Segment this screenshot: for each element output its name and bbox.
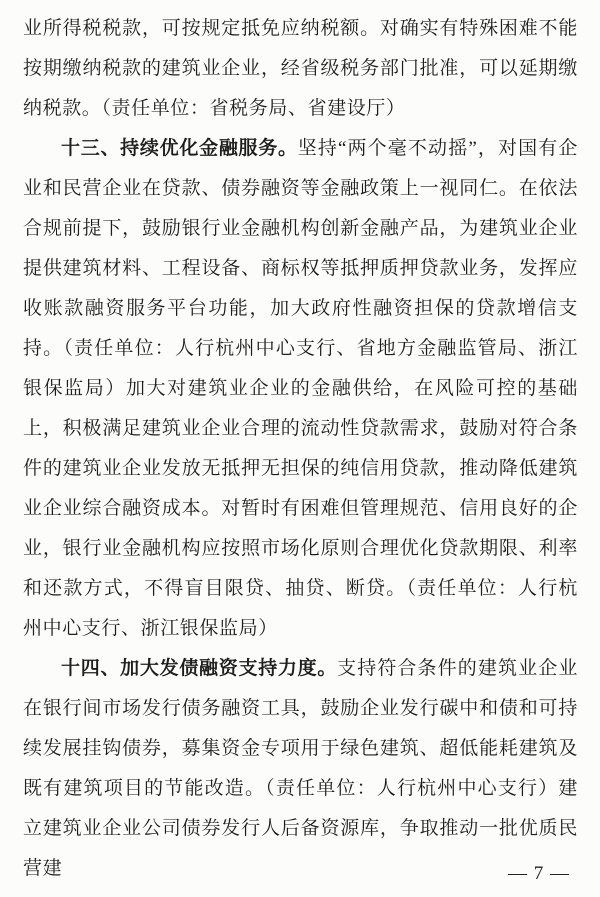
section-13-heading: 十三、持续优化金融服务。 — [61, 138, 298, 159]
paragraph-section-14: 十四、加大发债融资支持力度。支持符合条件的建筑业企业在银行间市场发行债务融资工具… — [23, 649, 578, 889]
paragraph-text: 支持符合条件的建筑业企业在银行间市场发行债务融资工具，鼓励企业发行碳中和债和可持… — [23, 658, 578, 879]
document-page: 业所得税税款，可按规定抵免应纳税额。对确实有特殊困难不能按期缴纳税款的建筑业企业… — [0, 0, 600, 897]
section-14-heading: 十四、加大发债融资支持力度。 — [61, 658, 337, 679]
paragraph-text: 坚持“两个毫不动摇”，对国有企业和民营企业在贷款、债券融资等金融政策上一视同仁。… — [23, 138, 578, 639]
paragraph-text: 业所得税税款，可按规定抵免应纳税额。对确实有特殊困难不能按期缴纳税款的建筑业企业… — [23, 18, 578, 119]
paragraph-continuation: 业所得税税款，可按规定抵免应纳税额。对确实有特殊困难不能按期缴纳税款的建筑业企业… — [23, 9, 578, 129]
paragraph-section-13: 十三、持续优化金融服务。坚持“两个毫不动摇”，对国有企业和民营企业在贷款、债券融… — [23, 129, 578, 649]
page-number: — 7 — — [508, 863, 570, 885]
